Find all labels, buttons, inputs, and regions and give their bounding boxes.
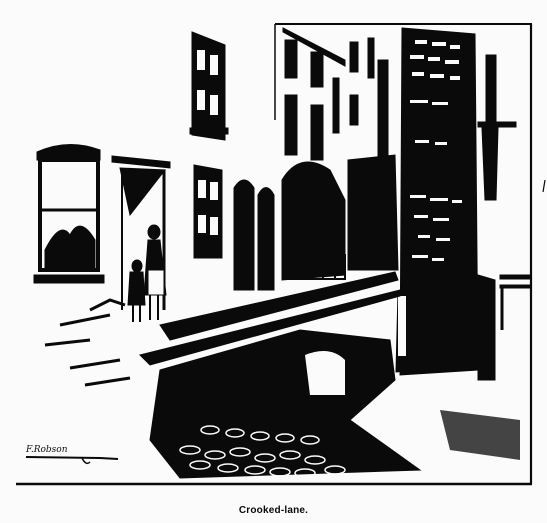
tall-building <box>190 32 228 258</box>
street-illustration <box>0 0 547 490</box>
artist-signature: F.Robson <box>26 445 68 455</box>
children <box>128 225 166 322</box>
caption: Crooked-lane. <box>0 505 547 516</box>
left-window <box>34 144 125 310</box>
right-structure <box>478 55 530 380</box>
far-building <box>348 38 398 270</box>
row-house <box>282 28 345 280</box>
arched-doors <box>234 180 274 290</box>
